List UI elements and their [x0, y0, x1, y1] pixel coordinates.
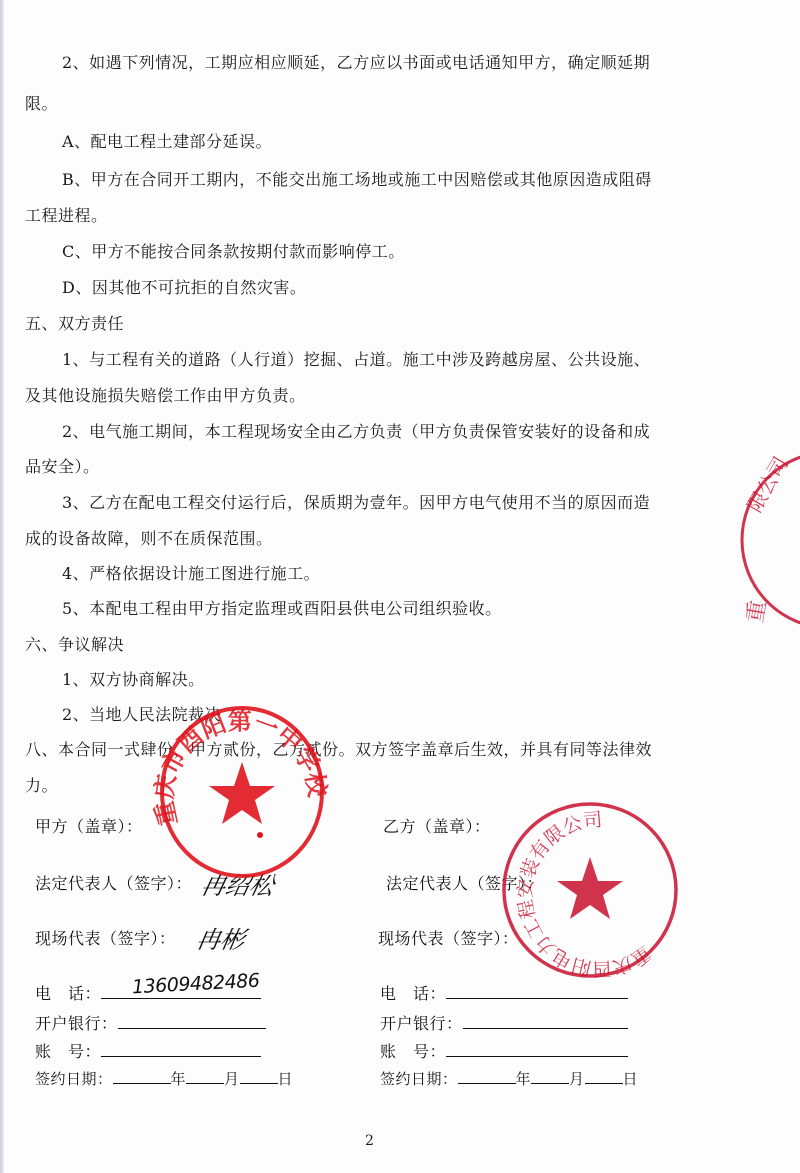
party-b-bank-row: 开户银行：: [380, 1014, 628, 1034]
body-line: 1、与工程有关的道路（人行道）挖掘、占道。施工中涉及跨越房屋、公共设施、: [62, 350, 650, 370]
party-a-account-label: 账 号：: [35, 1042, 101, 1061]
month-suffix: 月: [569, 1070, 585, 1088]
year-suffix: 年: [516, 1070, 532, 1088]
svg-text:重庆酉阳电力工程安装有限公司: 重庆酉阳电力工程安装有限公司: [514, 809, 655, 980]
party-b-phone-field[interactable]: [446, 984, 628, 999]
party-a-seal-label: 甲方（盖章）：: [35, 817, 143, 837]
party-a-account-field[interactable]: [101, 1042, 261, 1057]
body-line: D、因其他不可抗拒的自然灾害。: [62, 278, 306, 298]
party-b-month-field[interactable]: [531, 1069, 569, 1084]
party-b-phone-label: 电 话：: [380, 984, 446, 1003]
page-edge: [0, 0, 4, 1173]
party-a-site-rep-signature: 冉彬: [194, 920, 248, 955]
party-a-site-rep-label: 现场代表（签字）：: [35, 929, 176, 949]
party-b-bank-field[interactable]: [463, 1014, 628, 1029]
body-line: 五、双方责任: [25, 314, 124, 334]
party-b-site-rep-label: 现场代表（签字）：: [378, 929, 519, 949]
party-a-date-label: 签约日期：: [35, 1070, 113, 1088]
year-suffix: 年: [171, 1070, 187, 1088]
body-line: 工程进程。: [25, 206, 108, 226]
party-b-account-row: 账 号：: [380, 1042, 628, 1062]
margin-seal-icon: 限公司 重: [730, 445, 800, 635]
party-a-year-field[interactable]: [113, 1069, 171, 1084]
party-b-seal-label: 乙方（盖章）：: [383, 817, 491, 837]
party-a-bank-field[interactable]: [118, 1014, 266, 1029]
party-a-legal-rep-signature: 冉绍松: [198, 866, 277, 901]
party-b-date-label: 签约日期：: [380, 1070, 458, 1088]
body-line: 1、双方协商解决。: [62, 670, 205, 690]
svg-text:重庆市酉阳第一中学校: 重庆市酉阳第一中学校: [150, 707, 332, 828]
body-line: 2、当地人民法院裁决: [62, 705, 221, 725]
month-suffix: 月: [224, 1070, 240, 1088]
day-suffix: 日: [278, 1070, 294, 1088]
page-number: 2: [365, 1133, 374, 1149]
party-a-date-row: 签约日期：年月日: [35, 1069, 293, 1089]
body-line: 2、如遇下列情况，工期应相应顺延，乙方应以书面或电话通知甲方，确定顺延期: [62, 53, 650, 73]
party-a-bank-row: 开户银行：: [35, 1014, 266, 1034]
body-line: B、甲方在合同开工期内，不能交出施工场地或施工中因赔偿或其他原因造成阻碍: [62, 170, 652, 190]
party-b-phone-row: 电 话：: [380, 984, 628, 1004]
party-b-year-field[interactable]: [458, 1069, 516, 1084]
body-line: A、配电工程土建部分延误。: [62, 132, 272, 152]
party-a-account-row: 账 号：: [35, 1042, 261, 1062]
party-b-seal-text: 重庆酉阳电力工程安装有限公司: [514, 809, 655, 980]
party-a-month-field[interactable]: [186, 1069, 224, 1084]
body-line: 限。: [25, 94, 58, 114]
body-line: 及其他设施损失赔偿工作由甲方负责。: [25, 386, 306, 406]
body-line: 八、本合同一式肆份，甲方贰份，乙方贰份。双方签字盖章后生效，并具有同等法律效: [25, 740, 652, 760]
party-b-day-field[interactable]: [585, 1069, 623, 1084]
svg-text:重: 重: [743, 599, 771, 625]
party-a-phone-label: 电 话：: [35, 984, 101, 1003]
body-line: 5、本配电工程由甲方指定监理或酉阳县供电公司组织验收。: [62, 599, 502, 619]
body-line: 六、争议解决: [25, 635, 124, 655]
body-line: 品安全）。: [25, 457, 100, 477]
body-line: C、甲方不能按合同条款按期付款而影响停工。: [62, 242, 405, 262]
day-suffix: 日: [623, 1070, 639, 1088]
party-b-account-label: 账 号：: [380, 1042, 446, 1061]
body-line: 2、电气施工期间，本工程现场安全由乙方负责（甲方负责保管安装好的设备和成: [62, 422, 650, 442]
party-a-legal-rep-label: 法定代表人（签字）：: [35, 874, 192, 894]
party-a-bank-label: 开户银行：: [35, 1014, 118, 1033]
party-b-account-field[interactable]: [446, 1042, 628, 1057]
party-a-seal-text: 重庆市酉阳第一中学校: [150, 707, 332, 828]
party-b-bank-label: 开户银行：: [380, 1014, 463, 1033]
body-line: 成的设备故障，则不在质保范围。: [25, 529, 273, 549]
party-a-seal-icon: 重庆市酉阳第一中学校: [140, 700, 340, 878]
body-line: 3、乙方在配电工程交付运行后，保质期为壹年。因甲方电气使用不当的原因而造: [62, 493, 650, 513]
body-line: 力。: [25, 776, 58, 796]
party-b-legal-rep-label: 法定代表人（签字）：: [386, 874, 543, 894]
party-a-day-field[interactable]: [240, 1069, 278, 1084]
body-line: 4、严格依据设计施工图进行施工。: [62, 564, 320, 584]
margin-seal-text: 限公司: [742, 452, 793, 516]
party-b-date-row: 签约日期：年月日: [380, 1069, 638, 1089]
